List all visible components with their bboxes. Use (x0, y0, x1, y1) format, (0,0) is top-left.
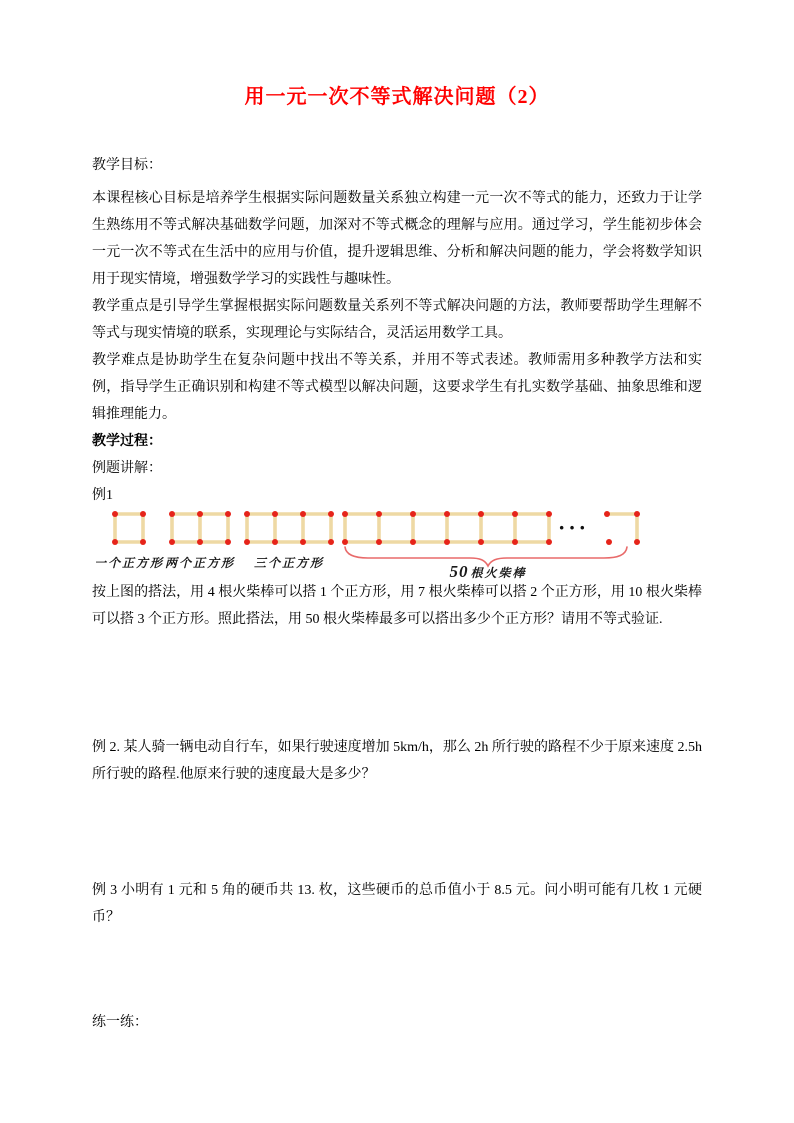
objectives-heading: 教学目标： (92, 152, 702, 179)
matchstick-end-fragment (604, 511, 640, 545)
figure-label-one-square: 一个正方形 (96, 556, 165, 570)
matchstick-two-squares (169, 511, 231, 545)
brace-50-sticks (345, 547, 627, 566)
example3-text: 例 3 小明有 1 元和 5 角的硬币共 13. 枚，这些硬币的总币值小于 8.… (92, 877, 702, 931)
document-page: 用一元一次不等式解决问题（2） 教学目标： 本课程核心目标是培养学生根据实际问题… (0, 0, 794, 1123)
example1-text: 按上图的搭法，用 4 根火柴棒可以搭 1 个正方形，用 7 根火柴棒可以搭 2 … (92, 579, 702, 633)
example1-label: 例1 (92, 482, 702, 509)
figure-label-two-squares: 两个正方形 (165, 556, 236, 570)
matchstick-one-square (112, 511, 146, 545)
matchstick-figure: ··· 一个正方形 两个正方形 三个正方形 50根火柴棒 (96, 509, 652, 579)
matchstick-long-row (342, 511, 552, 545)
ellipsis-icon: ··· (558, 515, 589, 540)
examples-heading: 例题讲解： (92, 455, 702, 482)
figure-label-three-squares: 三个正方形 (254, 556, 325, 570)
practice-heading: 练一练： (92, 1009, 702, 1036)
process-heading: 教学过程： (92, 428, 702, 455)
matchstick-three-squares (244, 511, 334, 545)
page-title: 用一元一次不等式解决问题（2） (92, 84, 702, 110)
difficulties-paragraph: 教学难点是协助学生在复杂问题中找出不等关系，并用不等式表述。教师需用多种教学方法… (92, 347, 702, 428)
example2-text: 例 2. 某人骑一辆电动自行车，如果行驶速度增加 5km/h，那么 2h 所行驶… (92, 734, 702, 788)
key-points-paragraph: 教学重点是引导学生掌握根据实际问题数量关系列不等式解决问题的方法，教师要帮助学生… (92, 293, 702, 347)
objectives-paragraph: 本课程核心目标是培养学生根据实际问题数量关系独立构建一元一次不等式的能力，还致力… (92, 185, 702, 293)
